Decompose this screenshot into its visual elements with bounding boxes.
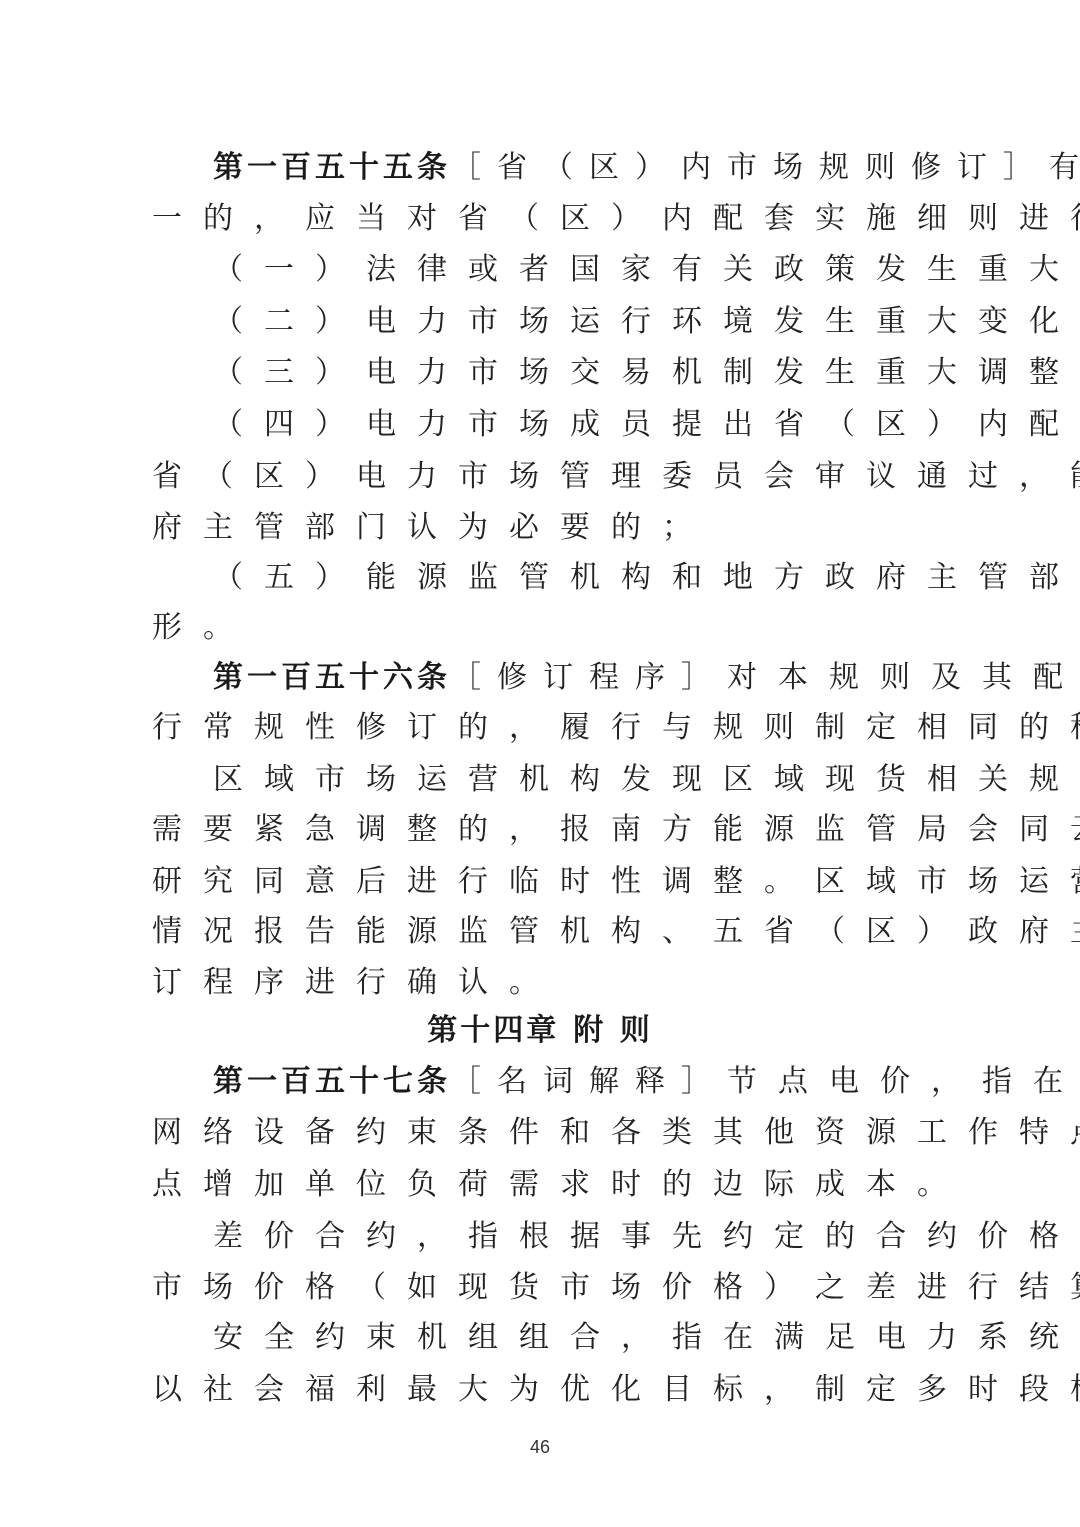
article-text: 对本规则及其配套实施细则进	[727, 660, 1080, 695]
article-155-line-1: 第一百五十五条［省（区）内市场规则修订］有以下情形之	[213, 148, 1043, 188]
page-number: 46	[0, 1434, 1080, 1460]
article-156-line-2: 行常规性修订的，履行与规则制定相同的程序。	[152, 708, 982, 748]
article-title: ［名词解释］	[451, 1064, 727, 1099]
list-item-4-line-2: 省（区）电力市场管理委员会审议通过，能源监管机构和地方政	[152, 457, 982, 497]
article-156-line-1: 第一百五十六条［修订程序］对本规则及其配套实施细则进	[213, 658, 1043, 698]
chapter-title: 附 则	[573, 1013, 652, 1048]
article-number: 第一百五十五条	[213, 150, 451, 185]
list-item-4-line-3: 府主管部门认为必要的；	[152, 508, 982, 548]
document-page: 第一百五十五条［省（区）内市场规则修订］有以下情形之 一的，应当对省（区）内配套…	[0, 0, 1080, 1527]
article-157-line-1: 第一百五十七条［名词解释］节点电价，指在满足当前输电	[213, 1062, 1043, 1102]
article-text: 有以下情形之	[1049, 150, 1080, 185]
article-text: 节点电价，指在满足当前输电	[727, 1064, 1080, 1099]
article-155-line-2: 一的，应当对省（区）内配套实施细则进行修订：	[152, 199, 982, 239]
article-title: ［修订程序］	[451, 660, 727, 695]
definition-2-line-2: 以社会福利最大为优化目标，制定多时段机组开停机计划。	[152, 1370, 982, 1410]
list-item-5-line-1: （五）能源监管机构和地方政府主管部门认为必要的其他情	[213, 558, 1043, 598]
list-item-1: （一）法律或者国家有关政策发生重大调整的；	[213, 250, 1043, 290]
paragraph-line-1: 区域市场运营机构发现区域现货相关规则条款存在重大漏洞	[213, 760, 1043, 800]
definition-1-line-1: 差价合约，指根据事先约定的合约价格以及合约交割对应的	[213, 1217, 1043, 1257]
paragraph-line-2: 需要紧急调整的，报南方能源监管局会同云南、贵州能源监管办	[152, 810, 982, 850]
chapter-number: 第十四章	[427, 1013, 559, 1048]
article-157-line-2: 网络设备约束条件和各类其他资源工作特点的情况下，在某一节	[152, 1113, 982, 1153]
article-157-line-3: 点增加单位负荷需求时的边际成本。	[152, 1165, 982, 1205]
paragraph-line-5: 订程序进行确认。	[152, 963, 982, 1003]
paragraph-line-4: 情况报告能源监管机构、五省（区）政府主管部门，按常规性修	[152, 912, 982, 952]
chapter-heading: 第十四章附 则	[0, 1011, 1080, 1051]
paragraph-line-3: 研究同意后进行临时性调整。区域市场运营机构及时将相关调整	[152, 862, 982, 902]
article-title: ［省（区）内市场规则修订］	[451, 150, 1049, 185]
list-item-2: （二）电力市场运行环境发生重大变化的；	[213, 302, 1043, 342]
definition-1-line-2: 市场价格（如现货市场价格）之差进行结算的一种金融合约。	[152, 1268, 982, 1308]
list-item-4-line-1: （四）电力市场成员提出省（区）内配套实施细则修订建议，	[213, 405, 1043, 445]
list-item-5-line-2: 形。	[152, 608, 982, 648]
list-item-3: （三）电力市场交易机制发生重大调整的；	[213, 353, 1043, 393]
article-number: 第一百五十六条	[213, 660, 451, 695]
definition-2-line-1: 安全约束机组组合，指在满足电力系统安全性约束条件下，	[213, 1318, 1043, 1358]
article-number: 第一百五十七条	[213, 1064, 451, 1099]
